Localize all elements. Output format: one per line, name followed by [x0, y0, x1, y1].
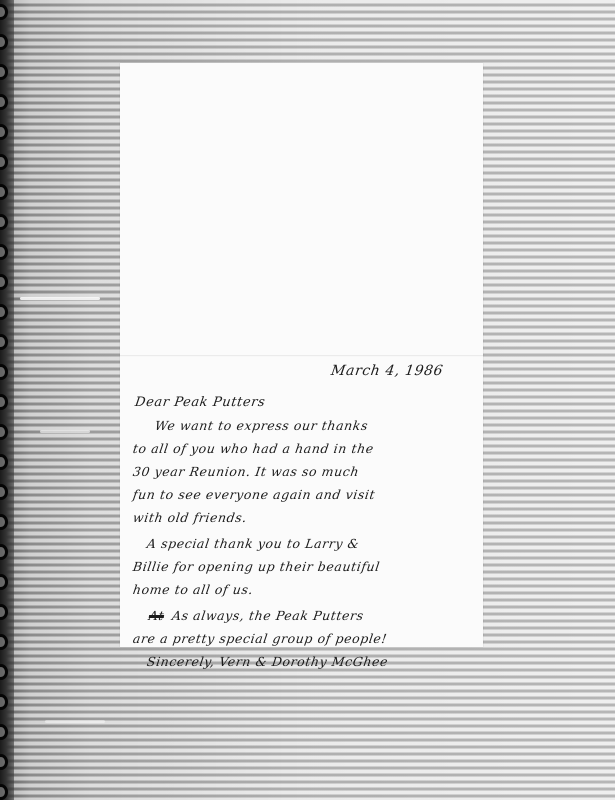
spiral-ring	[0, 604, 8, 620]
letter-line: home to all of us.	[132, 582, 254, 597]
spiral-ring	[0, 454, 8, 470]
spiral-ring	[0, 784, 8, 800]
spiral-ring	[0, 484, 8, 500]
spiral-ring	[0, 634, 8, 650]
glare-streak	[45, 720, 105, 723]
letter-line: A special thank you to Larry &	[146, 536, 360, 551]
letter-line: We want to express our thanks	[154, 418, 369, 433]
letter-closing: Sincerely, Vern & Dorothy McGhee	[146, 654, 389, 669]
spiral-ring	[0, 424, 8, 440]
letter-line: Billie for opening up their beautiful	[132, 559, 381, 574]
spiral-ring	[0, 214, 8, 230]
letter-salutation: Dear Peak Putters	[134, 395, 266, 410]
letter-line: fun to see everyone again and visit	[132, 487, 376, 502]
spiral-ring	[0, 274, 8, 290]
card-fold-line	[120, 355, 483, 357]
spiral-ring	[0, 664, 8, 680]
glare-streak	[20, 297, 100, 300]
letter-line: As always, the Peak Putters	[171, 608, 365, 623]
spiral-ring	[0, 244, 8, 260]
spiral-ring	[0, 334, 8, 350]
scanned-page: March 4, 1986 Dear Peak Putters We want …	[0, 0, 615, 800]
letter-line-with-strikethrough: AtAs always, the Peak Putters	[148, 608, 365, 623]
spiral-ring	[0, 364, 8, 380]
glare-streak	[40, 430, 90, 433]
spiral-ring	[0, 34, 8, 50]
spiral-ring	[0, 574, 8, 590]
spiral-ring	[0, 124, 8, 140]
spiral-ring	[0, 694, 8, 710]
spiral-ring	[0, 724, 8, 740]
spiral-ring	[0, 94, 8, 110]
spiral-ring	[0, 304, 8, 320]
spiral-ring	[0, 184, 8, 200]
letter-line: 30 year Reunion. It was so much	[132, 464, 360, 479]
letter-line: are a pretty special group of people!	[132, 631, 388, 646]
letter-line: with old friends.	[132, 510, 248, 525]
spiral-ring	[0, 154, 8, 170]
spiral-ring	[0, 544, 8, 560]
spiral-binding	[0, 0, 14, 800]
letter-date: March 4, 1986	[330, 363, 444, 379]
spiral-ring	[0, 4, 8, 20]
spiral-ring	[0, 394, 8, 410]
letter-line: to all of you who had a hand in the	[132, 441, 375, 456]
spiral-ring	[0, 514, 8, 530]
letter-card: March 4, 1986 Dear Peak Putters We want …	[120, 63, 483, 647]
spiral-ring	[0, 754, 8, 770]
spiral-ring	[0, 64, 8, 80]
crossed-out-word: At	[148, 608, 165, 623]
